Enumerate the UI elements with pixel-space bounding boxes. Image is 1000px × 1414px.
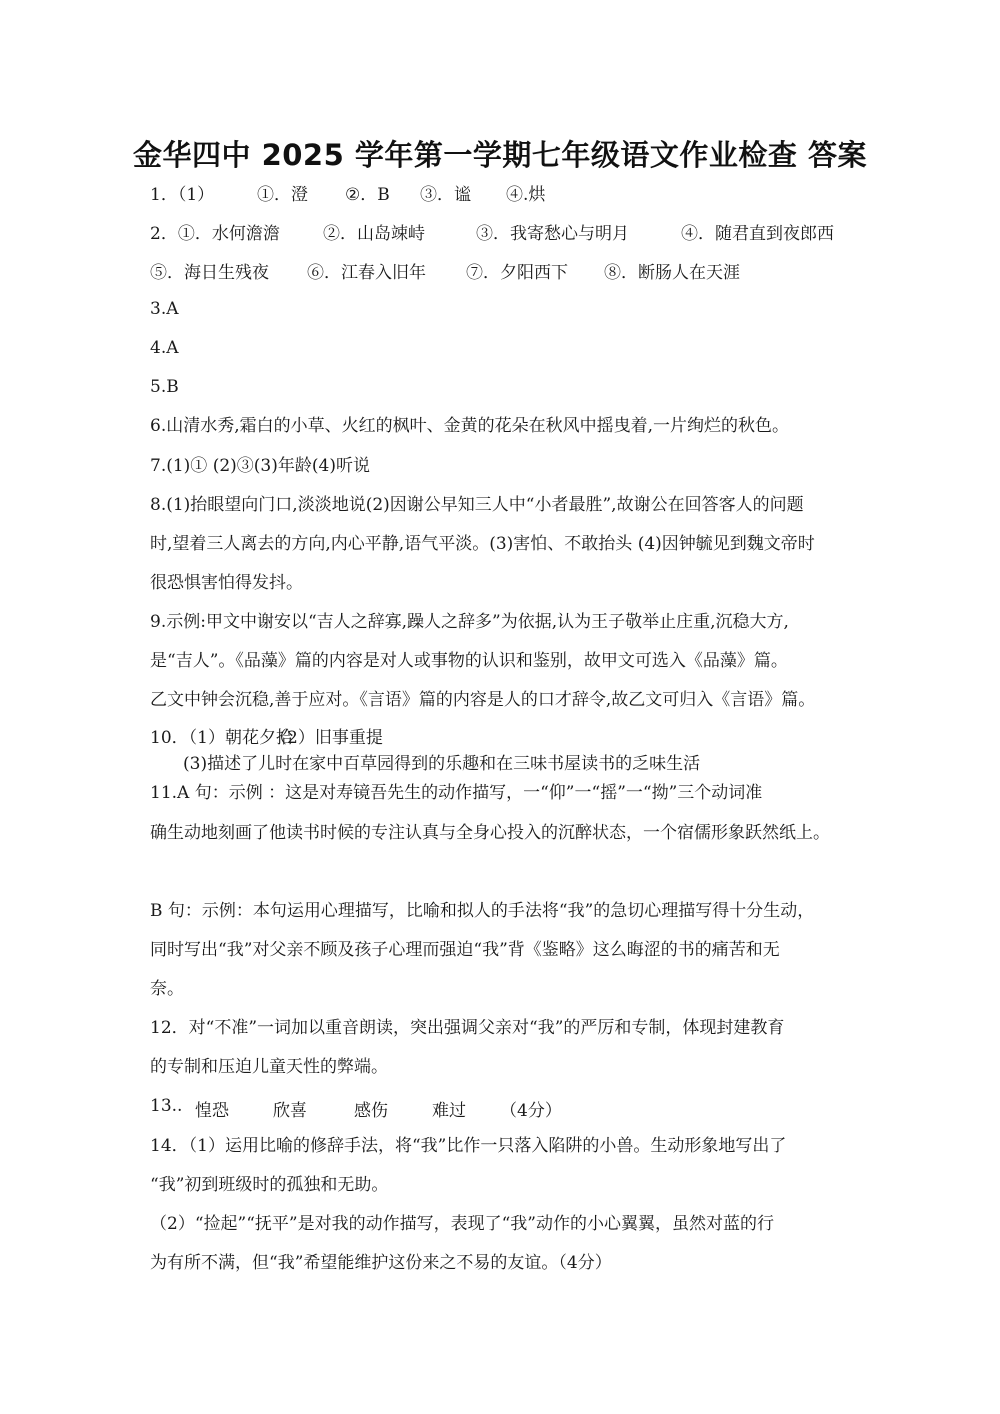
answer-4: 4.A bbox=[150, 337, 179, 359]
answer-3: 3.A bbox=[150, 298, 179, 320]
q11a-line: 11.A 句：示例 ：这是对寿镜吾先生的动作描写，一“仰”一“摇”一“拗”三个动… bbox=[150, 782, 762, 804]
q1-number: 1．（1） bbox=[150, 180, 214, 205]
answer-6: 6.山清水秀,霜白的小草、火红的枫叶、金黄的花朵在秋风中摇曳着,一片绚烂的秋色。 bbox=[150, 415, 789, 437]
q11a-line: 确生动地刻画了他读书时候的专注认真与全身心投入的沉醉状态，一个宿儒形象跃然纸上。 bbox=[150, 822, 830, 844]
q14-line: 14．（1）运用比喻的修辞手法，将“我”比作一只落入陷阱的小兽。生动形象地写出了 bbox=[150, 1135, 786, 1157]
q2-item: ⑤．海日生残夜 bbox=[150, 258, 269, 283]
q13-item: 难过 bbox=[432, 1096, 466, 1121]
q9-line: 9.示例:甲文中谢安以“吉人之辞寡,躁人之辞多”为依据,认为王子敬举止庄重,沉稳… bbox=[150, 611, 789, 633]
q11b-line: B 句：示例：本句运用心理描写，比喻和拟人的手法将“我”的急切心理描写得十分生动… bbox=[150, 900, 814, 922]
q1-item: ④.烘 bbox=[506, 180, 545, 205]
q13-item: 欣喜 bbox=[273, 1096, 307, 1121]
answer-5: 5.B bbox=[150, 376, 179, 398]
q11b-line: 同时写出“我”对父亲不顾及孩子心理而强迫“我”背《鉴略》这么晦涩的书的痛苦和无 bbox=[150, 939, 780, 961]
q14-line: 为有所不满，但“我”希望能维护这份来之不易的友谊。（4分） bbox=[150, 1252, 612, 1274]
q10-part2: （2）旧事重提 bbox=[270, 723, 383, 748]
q13-number: 13.. bbox=[150, 1096, 182, 1116]
q13-item: 感伤 bbox=[354, 1096, 388, 1121]
q2-item: ③．我寄愁心与明月 bbox=[476, 219, 629, 244]
q2-item: ⑦．夕阳西下 bbox=[466, 258, 568, 283]
q2-item: ⑥．江春入旧年 bbox=[307, 258, 426, 283]
q1-item: ①．澄 bbox=[257, 180, 308, 205]
q14-line: （2）“捡起”“抚平”是对我的动作描写，表现了“我”动作的小心翼翼，虽然对蓝的行 bbox=[150, 1213, 774, 1235]
q9-line: 乙文中钟会沉稳,善于应对。《言语》篇的内容是人的口才辞令,故乙文可归入《言语》篇… bbox=[150, 689, 815, 711]
q2-item: ②．山岛竦峙 bbox=[323, 219, 425, 244]
answer-7: 7.(1)① (2)③(3)年龄(4)听说 bbox=[150, 455, 370, 477]
q11b-line: 奈。 bbox=[150, 978, 184, 1000]
q8-line: 8.(1)抬眼望向门口,淡淡地说(2)因谢公早知三人中“小者最胜”,故谢公在回答… bbox=[150, 494, 804, 516]
document-title: 金华四中 2025 学年第一学期七年级语文作业检查 答案 bbox=[0, 133, 1000, 174]
q2-item: 2．①．水何澹澹 bbox=[150, 219, 280, 244]
q1-item: ③．谧 bbox=[420, 180, 471, 205]
q2-item: ④．随君直到夜郎西 bbox=[681, 219, 834, 244]
q2-item: ⑧．断肠人在天涯 bbox=[604, 258, 740, 283]
q9-line: 是“吉人”。《品藻》篇的内容是对人或事物的认识和鉴别，故甲文可选入《品藻》篇。 bbox=[150, 650, 788, 672]
q10-part3: (3)描述了儿时在家中百草园得到的乐趣和在三味书屋读书的乏味生活 bbox=[183, 749, 700, 774]
q12-line: 12．对“不准”一词加以重音朗读，突出强调父亲对“我”的严厉和专制，体现封建教育 bbox=[150, 1017, 784, 1039]
q13-item: 惶恐 bbox=[195, 1096, 229, 1121]
q13-score: （4分） bbox=[500, 1096, 562, 1121]
q8-line: 很恐惧害怕得发抖。 bbox=[150, 572, 303, 594]
q12-line: 的专制和压迫儿童天性的弊端。 bbox=[150, 1056, 388, 1078]
q8-line: 时,望着三人离去的方向,内心平静,语气平淡。(3)害怕、不敢抬头 (4)因钟毓见… bbox=[150, 533, 815, 555]
q14-line: “我”初到班级时的孤独和无助。 bbox=[150, 1174, 388, 1196]
q1-item: ②．B bbox=[345, 180, 390, 205]
